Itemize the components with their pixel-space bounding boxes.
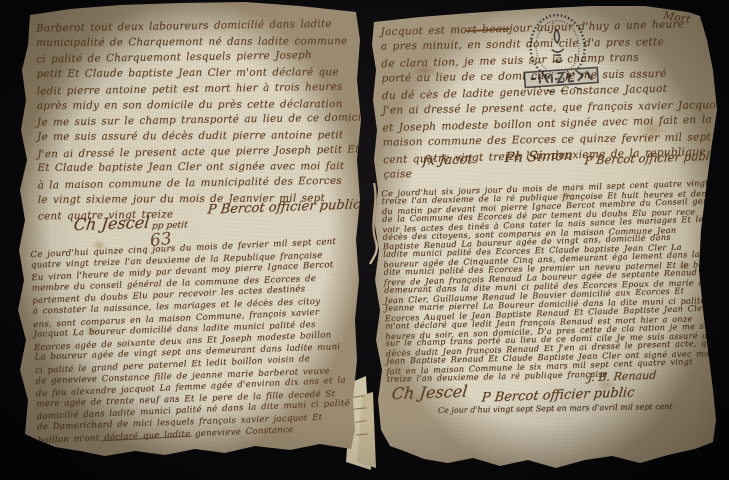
manuscript-line: après midy en son domicile du près cette…: [37, 97, 359, 115]
signature-officer-right-act2: P Bercot officier public: [481, 385, 635, 405]
manuscript-line: et Joseph modeste boillon ont signée ave…: [382, 112, 704, 136]
signature-witness-left: Ch Jescel: [73, 213, 151, 235]
manuscript-line: demeurant dans la dite muni ci palité de…: [384, 278, 708, 295]
manuscript-line: Jeanne marie pierrel La Boureur domicili…: [385, 296, 709, 313]
manuscript-line: de Damerichard de mici lesquels françois…: [37, 411, 367, 434]
manuscript-line: m'ont déclaré que ledit Jean françois Re…: [385, 314, 709, 331]
margin-note: Mort: [662, 9, 691, 26]
signature-declarant-1: fx Jacot: [422, 152, 473, 169]
manuscript-line: Et Claude baptiste Jean Cler ont signée …: [37, 159, 359, 177]
act-number: 63: [149, 229, 173, 251]
manuscript-line: fait en la maison Commune le six mars mi…: [386, 357, 710, 377]
signature-officer-right-act1: P Bercot officier public: [584, 149, 721, 168]
manuscript-line: frere de Jean françois Renaud La boureur…: [384, 268, 708, 288]
manuscript-line: Je me suis assuré du décès dudit pierre …: [37, 128, 359, 146]
margin-paraph-stroke: [699, 19, 708, 31]
ink-stamp: [514, 7, 606, 99]
signature-officer-left: P Bercot officier public: [207, 197, 361, 217]
manuscript-line: décès des citoyens, sont comparus en la …: [383, 225, 707, 242]
manuscript-line: treize l'an deuxieme de la ré publique f…: [387, 367, 711, 384]
manuscript-line: boillon m'ont déclaré que ladite genevie…: [37, 421, 367, 447]
manuscript-line: Ecorces agée de soixante deux ans Et Jos…: [34, 329, 364, 355]
right-page-act2-text: Ce jourd'hui six jours jour du mois de m…: [381, 180, 710, 385]
ink-underline: [100, 436, 192, 442]
manuscript-line: le vingt sixieme jour du mois de Jeanvie…: [38, 191, 360, 209]
manuscript-line: La boureur agée de vingt sept ans demeur…: [34, 342, 364, 365]
manuscript-line: Ce jourd'hui quinze cinq jours du mois d…: [30, 236, 360, 262]
manuscript-line: cent quatre vingt treize l'an deuxieme d…: [383, 144, 705, 168]
manuscript-line: çaise: [383, 161, 705, 182]
manuscript-line: domicilié dans ladite munici palité né d…: [37, 398, 367, 424]
manuscript-line: du matin par devant moi pierre Ignace Be…: [382, 196, 706, 216]
manuscript-line: cent quatre vingt treize: [38, 205, 360, 226]
signature-witness-right: Ch Jescel: [391, 382, 469, 404]
manuscript-line: Jean Cler, Guillaume Renaud le Bouvier d…: [384, 286, 708, 306]
manuscript-line: ledit pierre antoine petit est mort hier…: [37, 79, 359, 100]
manuscript-line: maison commune des Ecorces ce quinze fev…: [383, 129, 705, 150]
photographed-register-scan: Barberot tout deux laboureurs domicilié …: [0, 0, 729, 480]
manuscript-line: du feu alexandre jacquot La femme agée d…: [36, 375, 366, 401]
ink-strikethrough: [466, 28, 510, 32]
manuscript-line: municipalité de Charquemont né dans ladi…: [36, 34, 358, 52]
manuscript-line: Jean Baptiste Renaud Et Claude Baptiste …: [386, 349, 710, 366]
manuscript-line: quatre vingt treize l'an deuxieme de la …: [31, 249, 361, 272]
manuscript-line: treize l'an deuxieme de la ré publique f…: [382, 189, 706, 206]
manuscript-line: Baptiste Renaud La boureur agée de vingt…: [383, 232, 707, 252]
manuscript-line: petit Et Claude baptiste Jean Cler m'ont…: [36, 65, 358, 83]
manuscript-line: Eu viron l'heure de midy par devant moy …: [31, 259, 361, 285]
manuscript-line: dite munici palité des Ecorces le premie…: [384, 260, 708, 277]
manuscript-line: Jacquot La boureur domicilié dans ladite…: [33, 319, 363, 342]
manuscript-line: sur le champ trans porté au lieu de ce d…: [386, 332, 710, 349]
manuscript-line: ci palité de Charquemont lesquels pierre…: [36, 48, 358, 69]
manuscript-line: à constater la naissance, les mariages e…: [33, 295, 363, 318]
manuscript-line: décès dudit Jean françois Renaud Et J'en…: [386, 339, 710, 359]
signature-note-left: pp petit: [151, 220, 188, 231]
manuscript-line: J'en ai dressé le present acte que pierr…: [37, 142, 359, 163]
manuscript-line: ens, sont comparus en la maison Commune,…: [33, 305, 363, 331]
footer-line: Ce jour d'hui vingt sept Sept en mars d'…: [438, 402, 673, 415]
manuscript-line: heures du soir, en son domicile, D'a pre…: [385, 321, 709, 341]
manuscript-line: boureur agée de Cinquante Cinq ans, deme…: [383, 250, 707, 270]
left-page-act1-text: Barberot tout deux laboureurs domicilié …: [36, 17, 360, 225]
manuscript-line: Je me suis sur le champ transporté au li…: [37, 111, 359, 132]
left-page-act2-text: Ce jourd'hui quinze cinq jours du mois d…: [30, 237, 367, 447]
margin-paraph-stroke: [703, 21, 712, 33]
manuscript-line: ladite munici palité des Ecorces Et Clau…: [383, 243, 707, 260]
manuscript-line: voir les actes des tinés à Cons tater la…: [382, 214, 706, 234]
manuscript-line: de la Commune des Ecorces dé par tement …: [382, 207, 706, 224]
manuscript-line: Ecorces Auquel le Jean Baptiste Renaud E…: [385, 303, 709, 323]
signature-inline-renaud: J. B. Renaud: [587, 369, 657, 384]
signature-declarant-2: Ph Simon: [504, 148, 574, 166]
manuscript-line: mere agée de trente neuf ans Et le pere …: [36, 388, 366, 411]
manuscript-line: à la maison commune de la municipalité d…: [38, 173, 360, 194]
manuscript-line: de genevieve Constance fille de jeanne m…: [35, 365, 365, 388]
manuscript-line: partement du doubs Elu pour recevoir les…: [32, 282, 362, 308]
manuscript-line: Ce jourd'hui six jours jour du mois de m…: [381, 179, 705, 199]
manuscript-line: J'en ai dressé le present acte, que fran…: [382, 97, 704, 118]
manuscript-line: Barberot tout deux laboureurs domicilié …: [36, 16, 358, 37]
manuscript-line: membre du conseil général de la commune …: [32, 272, 362, 295]
manuscript-line: ci palité le grand pere paternel Et ledi…: [35, 352, 365, 378]
